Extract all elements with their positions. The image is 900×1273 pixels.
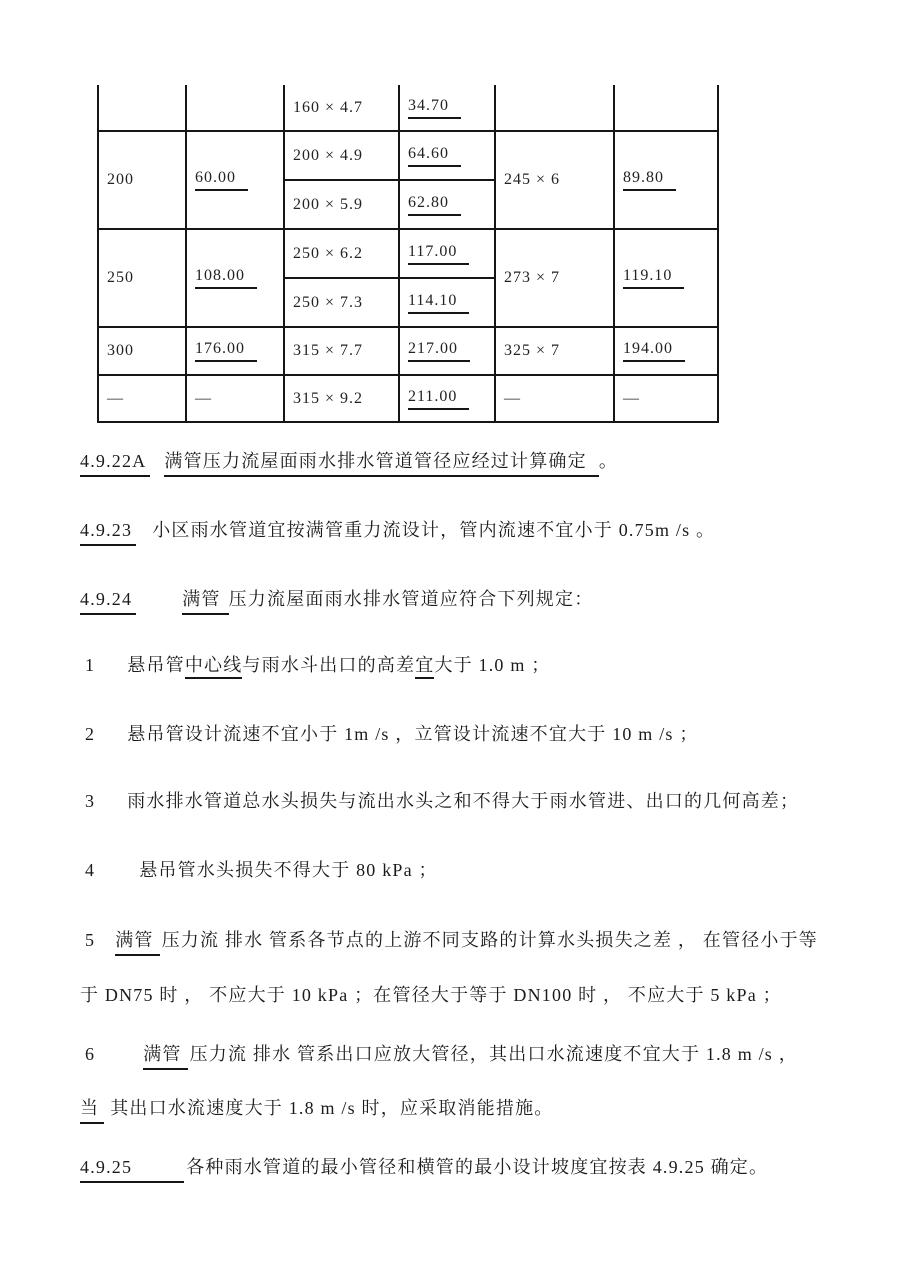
section-4-9-23: 4.9.23小区雨水管道宜按满管重力流设计，管内流速不宜小于 0.75m /s … [80, 517, 715, 546]
table-cell-pipe-dim: 200 × 5.9 [284, 180, 399, 229]
table-cell-pipe-dim: 315 × 7.7 [284, 327, 399, 375]
table-cell-flow: — [186, 375, 284, 422]
item-number: 4 [85, 857, 95, 883]
clause-item-5-line-1: 5满管压力流 排水 管系各节点的上游不同支路的计算水头损失之差 ， 在管径小于等 [80, 927, 818, 956]
item-text: 悬吊管设计流速不宜小于 1m /s ，立管设计流速不宜大于 10 m /s ； [127, 724, 698, 744]
table-cell-flow: 217.00 [399, 327, 495, 375]
table-cell-empty [186, 85, 284, 131]
section-number: 4.9.24 [80, 589, 136, 615]
table-cell-steel-dim: 325 × 7 [495, 327, 614, 375]
clause-item-6-line-1: 6满管压力流 排水 管系出口应放大管径，其出口水流速度不宜大于 1.8 m /s… [80, 1041, 798, 1070]
clause-item-5-line-2: 于 DN75 时 ， 不应大于 10 kPa ；在管径大于等于 DN100 时 … [80, 982, 782, 1008]
table-cell-flow: 176.00 [186, 327, 284, 375]
item-text: 于 DN75 时 ， 不应大于 10 kPa ；在管径大于等于 DN100 时 … [80, 985, 782, 1005]
underlined-value: 217.00 [408, 340, 470, 362]
section-number: 4.9.22A [80, 451, 150, 477]
table-cell-flow: 194.00 [614, 327, 718, 375]
underlined-word: 宜 [415, 655, 434, 679]
underlined-word: 满管 [143, 1044, 187, 1070]
table-cell-pipe-dim: 250 × 7.3 [284, 278, 399, 327]
item-text: 与雨水斗出口的高差 [242, 655, 415, 675]
table-cell-flow: 34.70 [399, 85, 495, 131]
table-cell-empty [614, 85, 718, 131]
item-text: 压力流 排水 管系出口应放大管径，其出口水流速度不宜大于 1.8 m /s ， [190, 1044, 798, 1064]
table-row-last: — — 315 × 9.2 211.00 — — [98, 375, 718, 422]
section-body: 压力流屋面雨水排水管道应符合下列规定： [229, 589, 594, 609]
section-4-9-24: 4.9.24满管压力流屋面雨水排水管道应符合下列规定： [80, 586, 593, 615]
item-text: 悬吊管水头损失不得大于 80 kPa ； [139, 860, 438, 880]
item-text: 压力流 排水 管系各节点的上游不同支路的计算水头损失之差 ， 在管径小于等 [162, 930, 818, 950]
table-cell-flow: — [614, 375, 718, 422]
table-cell-steel-dim: — [495, 375, 614, 422]
section-body: 小区雨水管道宜按满管重力流设计，管内流速不宜小于 0.75m /s 。 [152, 520, 715, 540]
item-text: 大于 1.0 m ； [434, 655, 550, 675]
table-cell-flow: 119.10 [614, 229, 718, 327]
table-cell-flow: 60.00 [186, 131, 284, 229]
clause-item-4: 4悬吊管水头损失不得大于 80 kPa ； [80, 857, 438, 883]
item-text: 雨水排水管道总水头损失与流出水头之和不得大于雨水管进、出口的几何高差； [127, 791, 799, 811]
item-text: 悬吊管 [127, 655, 185, 675]
table-cell-flow: 62.80 [399, 180, 495, 229]
underlined-word: 中心线 [185, 655, 243, 679]
item-text: 其出口水流速度大于 1.8 m /s 时，应采取消能措施。 [110, 1098, 553, 1118]
underlined-value: 34.70 [408, 97, 461, 119]
underlined-value: 117.00 [408, 243, 469, 265]
table-cell-pipe-dim: 315 × 9.2 [284, 375, 399, 422]
underlined-word: 满管 [115, 930, 159, 956]
section-body: 各种雨水管道的最小管径和横管的最小设计坡度宜按表 4.9.25 确定。 [186, 1157, 768, 1177]
section-number: 4.9.25 [80, 1157, 184, 1183]
underlined-word: 满管 [182, 589, 228, 615]
table-cell-steel-dim: 245 × 6 [495, 131, 614, 229]
item-number: 6 [85, 1041, 95, 1067]
underlined-value: 108.00 [195, 267, 257, 289]
table-cell-steel-dim: 273 × 7 [495, 229, 614, 327]
table-row-200a: 200 60.00 200 × 4.9 64.60 245 × 6 89.80 [98, 131, 718, 180]
clause-item-2: 2悬吊管设计流速不宜小于 1m /s ，立管设计流速不宜大于 10 m /s ； [80, 721, 699, 747]
underlined-value: 119.10 [623, 267, 684, 289]
table-cell-empty [495, 85, 614, 131]
underlined-word: 当 [80, 1098, 104, 1124]
table-cell-flow: 89.80 [614, 131, 718, 229]
table-row-300: 300 176.00 315 × 7.7 217.00 325 × 7 194.… [98, 327, 718, 375]
underlined-value: 89.80 [623, 169, 676, 191]
section-body-underlined: 满管压力流屋面雨水排水管道管径应经过计算确定 [164, 451, 598, 477]
underlined-value: 62.80 [408, 194, 461, 216]
table-cell-flow: 211.00 [399, 375, 495, 422]
table-cell-flow: 117.00 [399, 229, 495, 278]
underlined-value: 176.00 [195, 340, 257, 362]
section-4-9-22A: 4.9.22A满管压力流屋面雨水排水管道管径应经过计算确定。 [80, 448, 618, 477]
underlined-value: 60.00 [195, 169, 248, 191]
table-cell-flow: 114.10 [399, 278, 495, 327]
table-row-cut: 160 × 4.7 34.70 [98, 85, 718, 131]
underlined-value: 64.60 [408, 145, 461, 167]
table-cell-dn: 200 [98, 131, 186, 229]
underlined-value: 211.00 [408, 388, 469, 410]
table-cell-dn: 250 [98, 229, 186, 327]
clause-item-1: 1悬吊管中心线与雨水斗出口的高差宜大于 1.0 m ； [80, 652, 550, 679]
clause-item-6-line-2: 当其出口水流速度大于 1.8 m /s 时，应采取消能措施。 [80, 1095, 554, 1124]
item-number: 3 [85, 788, 95, 814]
section-number: 4.9.23 [80, 520, 136, 546]
document-page: 160 × 4.7 34.70 200 60.00 200 × 4.9 64.6… [0, 0, 900, 1273]
table-cell-dn: — [98, 375, 186, 422]
table-cell-pipe-dim: 250 × 6.2 [284, 229, 399, 278]
table-cell-flow: 108.00 [186, 229, 284, 327]
underlined-value: 194.00 [623, 340, 685, 362]
pipe-dimension-table: 160 × 4.7 34.70 200 60.00 200 × 4.9 64.6… [97, 85, 719, 423]
table-cell-pipe-dim: 200 × 4.9 [284, 131, 399, 180]
clause-item-3: 3雨水排水管道总水头损失与流出水头之和不得大于雨水管进、出口的几何高差； [80, 788, 799, 814]
section-tail: 。 [599, 451, 618, 471]
table-cell-pipe-dim: 160 × 4.7 [284, 85, 399, 131]
underlined-value: 114.10 [408, 292, 469, 314]
item-number: 1 [85, 652, 95, 678]
item-number: 2 [85, 721, 95, 747]
table-cell-dn: 300 [98, 327, 186, 375]
table-row-250a: 250 108.00 250 × 6.2 117.00 273 × 7 119.… [98, 229, 718, 278]
table-cell-flow: 64.60 [399, 131, 495, 180]
item-number: 5 [85, 927, 95, 953]
table-cell-empty [98, 85, 186, 131]
section-4-9-25: 4.9.25各种雨水管道的最小管径和横管的最小设计坡度宜按表 4.9.25 确定… [80, 1154, 768, 1183]
